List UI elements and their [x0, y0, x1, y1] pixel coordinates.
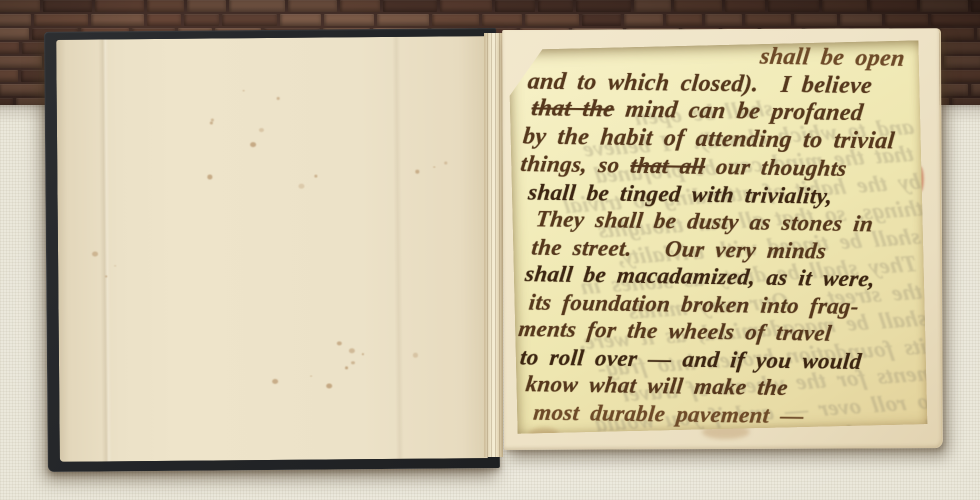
- foxing-spot: [310, 375, 312, 377]
- foxing-spot: [351, 361, 355, 364]
- foxing-spot: [314, 175, 318, 178]
- foxing-spot: [114, 265, 116, 267]
- foxing-spot: [92, 251, 98, 256]
- left-page: [56, 36, 488, 462]
- foxing-spot: [349, 348, 355, 353]
- foxing-spot: [326, 384, 332, 389]
- foxing-spot: [433, 166, 435, 168]
- struck-text: that all: [629, 153, 706, 179]
- foxing-spot: [250, 142, 256, 147]
- line-text: our thoughts: [704, 154, 849, 181]
- foxing-spot: [242, 90, 244, 92]
- struck-text: that the: [530, 95, 616, 122]
- manuscript-line: most durable pavement —: [516, 398, 915, 431]
- photo-scene: shall be openand to which closed). I bel…: [0, 0, 980, 500]
- manuscript-page: shall be openand to which closed). I bel…: [509, 40, 928, 434]
- foxing-spot: [413, 353, 418, 357]
- foxing-spot: [299, 183, 305, 188]
- right-page: shall be openand to which closed). I bel…: [502, 28, 943, 450]
- line-text: things, so: [519, 151, 632, 178]
- book-cover: [44, 28, 500, 472]
- page-crease: [392, 37, 404, 459]
- page-hinge-crease: [98, 39, 112, 461]
- page-stack-fore-edge: [484, 33, 503, 457]
- line-text: mind can be profaned: [613, 97, 865, 127]
- foxing-spot: [444, 161, 448, 164]
- foxing-spot: [415, 170, 420, 174]
- foxing-spot: [337, 341, 342, 345]
- foxing-spot: [207, 175, 212, 180]
- foxing-spot: [259, 128, 264, 132]
- foxing-spot: [272, 379, 278, 384]
- foxing-spot: [345, 367, 349, 370]
- manuscript-lines: shall be openand to which closed). I bel…: [517, 41, 918, 431]
- foxing-spot: [361, 353, 363, 355]
- foxing-spot: [211, 118, 215, 121]
- foxing-spot: [276, 97, 280, 100]
- foxing-spot: [210, 122, 213, 124]
